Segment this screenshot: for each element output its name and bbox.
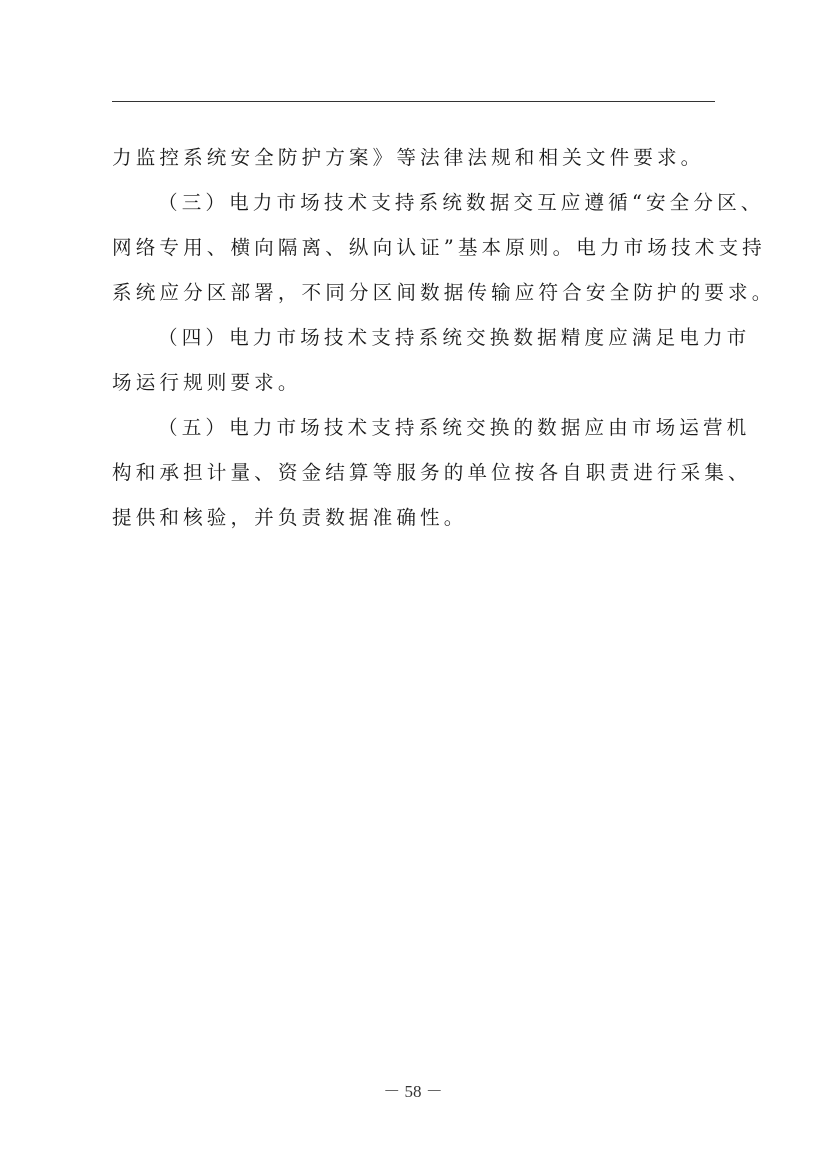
text-line: 场运行规则要求。 [112, 371, 716, 395]
paragraph-5-line-1: （五）电力市场技术支持系统交换的数据应由市场运营机 [112, 416, 716, 440]
text-line: 力监控系统安全防护方案》等法律法规和相关文件要求。 [112, 146, 716, 170]
text-line: 提供和核验，并负责数据准确性。 [112, 506, 716, 530]
paragraph-3-line-1: （三）电力市场技术支持系统数据交互应遵循“安全分区、 [112, 191, 716, 215]
paragraph-4-line-1: （四）电力市场技术支持系统交换数据精度应满足电力市 [112, 326, 716, 350]
text-line: 系统应分区部署，不同分区间数据传输应符合安全防护的要求。 [112, 281, 716, 305]
text-line: 网络专用、横向隔离、纵向认证”基本原则。电力市场技术支持 [112, 236, 716, 260]
page-number: － 58 － [0, 1077, 826, 1102]
header-rule [112, 101, 715, 102]
text-line: 构和承担计量、资金结算等服务的单位按各自职责进行采集、 [112, 461, 716, 485]
